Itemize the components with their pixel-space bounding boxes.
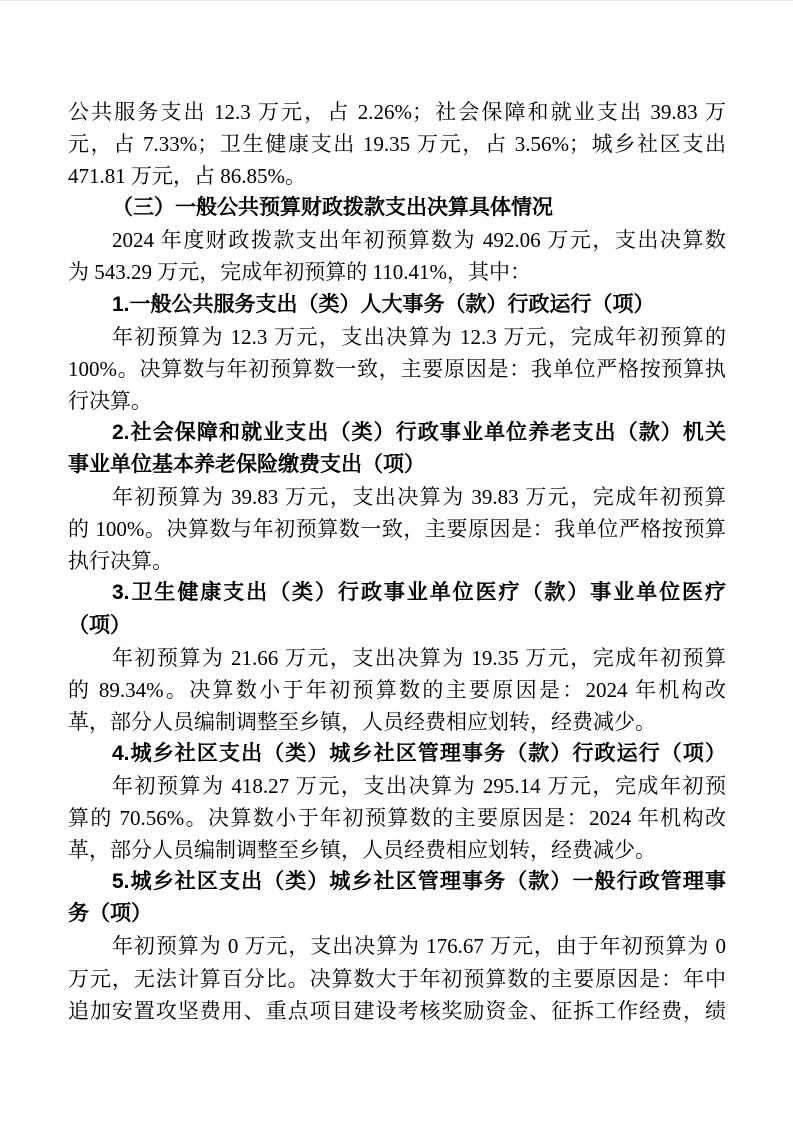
text-line: 471.81 万元，占 86.85%。 — [68, 160, 726, 192]
text-line: 年初预算为 0 万元，支出决算为 176.67 万元，由于年初预算为 0 — [68, 930, 726, 962]
text-line: 100%。决算数与年初预算数一致，主要原因是：我单位严格按预算执 — [68, 353, 726, 385]
text-line: 5.城乡社区支出（类）城乡社区管理事务（款）一般行政管理事 — [68, 866, 726, 898]
text-line: （三）一般公共预算财政拨款支出决算具体情况 — [68, 192, 726, 224]
text-line: 执行决算。 — [68, 545, 726, 577]
text-line: 的 100%。决算数与年初预算数一致，主要原因是：我单位严格按预算 — [68, 513, 726, 545]
text-line: 公共服务支出 12.3 万元，占 2.26%；社会保障和就业支出 39.83 万 — [68, 96, 726, 128]
text-line: 2024 年度财政拨款支出年初预算数为 492.06 万元，支出决算数 — [68, 224, 726, 256]
section-heading: 3.卫生健康支出（类）行政事业单位医疗（款）事业单位医疗（项） — [68, 577, 726, 641]
text-line: 务（项） — [68, 898, 726, 930]
text-line: 年初预算为 39.83 万元，支出决算为 39.83 万元，完成年初预算 — [68, 481, 726, 513]
section-heading: 2.社会保障和就业支出（类）行政事业单位养老支出（款）机关事业单位基本养老保险缴… — [68, 417, 726, 481]
text-line: 的 89.34%。决算数小于年初预算数的主要原因是：2024 年机构改 — [68, 674, 726, 706]
text-line: （项） — [68, 610, 726, 642]
text-line: 事业单位基本养老保险缴费支出（项） — [68, 449, 726, 481]
paragraph: 公共服务支出 12.3 万元，占 2.26%；社会保障和就业支出 39.83 万… — [68, 96, 726, 192]
document-page: 公共服务支出 12.3 万元，占 2.26%；社会保障和就业支出 39.83 万… — [0, 0, 793, 1122]
paragraph: 年初预算为 12.3 万元，支出决算为 12.3 万元，完成年初预算的100%。… — [68, 321, 726, 417]
text-line: 3.卫生健康支出（类）行政事业单位医疗（款）事业单位医疗 — [68, 577, 726, 609]
document-body: 公共服务支出 12.3 万元，占 2.26%；社会保障和就业支出 39.83 万… — [68, 96, 726, 1027]
text-line: 元，占 7.33%；卫生健康支出 19.35 万元，占 3.56%；城乡社区支出 — [68, 128, 726, 160]
section-heading: （三）一般公共预算财政拨款支出决算具体情况 — [68, 192, 726, 224]
text-line: 万元，无法计算百分比。决算数大于年初预算数的主要原因是：年中 — [68, 963, 726, 995]
section-heading: 1.一般公共服务支出（类）人大事务（款）行政运行（项） — [68, 289, 726, 321]
text-line: 算的 70.56%。决算数小于年初预算数的主要原因是：2024 年机构改 — [68, 802, 726, 834]
text-line: 革，部分人员编制调整至乡镇，人员经费相应划转，经费减少。 — [68, 834, 726, 866]
paragraph: 年初预算为 0 万元，支出决算为 176.67 万元，由于年初预算为 0万元，无… — [68, 930, 726, 1026]
paragraph: 2024 年度财政拨款支出年初预算数为 492.06 万元，支出决算数为 543… — [68, 224, 726, 288]
paragraph: 年初预算为 418.27 万元，支出决算为 295.14 万元，完成年初预算的 … — [68, 770, 726, 866]
text-line: 4.城乡社区支出（类）城乡社区管理事务（款）行政运行（项） — [68, 738, 726, 770]
text-line: 年初预算为 12.3 万元，支出决算为 12.3 万元，完成年初预算的 — [68, 321, 726, 353]
text-line: 年初预算为 21.66 万元，支出决算为 19.35 万元，完成年初预算 — [68, 642, 726, 674]
section-heading: 5.城乡社区支出（类）城乡社区管理事务（款）一般行政管理事务（项） — [68, 866, 726, 930]
text-line: 年初预算为 418.27 万元，支出决算为 295.14 万元，完成年初预 — [68, 770, 726, 802]
section-heading: 4.城乡社区支出（类）城乡社区管理事务（款）行政运行（项） — [68, 738, 726, 770]
text-line: 1.一般公共服务支出（类）人大事务（款）行政运行（项） — [68, 289, 726, 321]
text-line: 革，部分人员编制调整至乡镇，人员经费相应划转，经费减少。 — [68, 706, 726, 738]
paragraph: 年初预算为 39.83 万元，支出决算为 39.83 万元，完成年初预算的 10… — [68, 481, 726, 577]
text-line: 追加安置攻坚费用、重点项目建设考核奖励资金、征拆工作经费，绩 — [68, 995, 726, 1027]
text-line: 2.社会保障和就业支出（类）行政事业单位养老支出（款）机关 — [68, 417, 726, 449]
paragraph: 年初预算为 21.66 万元，支出决算为 19.35 万元，完成年初预算的 89… — [68, 642, 726, 738]
text-line: 行决算。 — [68, 385, 726, 417]
text-line: 为 543.29 万元，完成年初预算的 110.41%，其中： — [68, 256, 726, 288]
